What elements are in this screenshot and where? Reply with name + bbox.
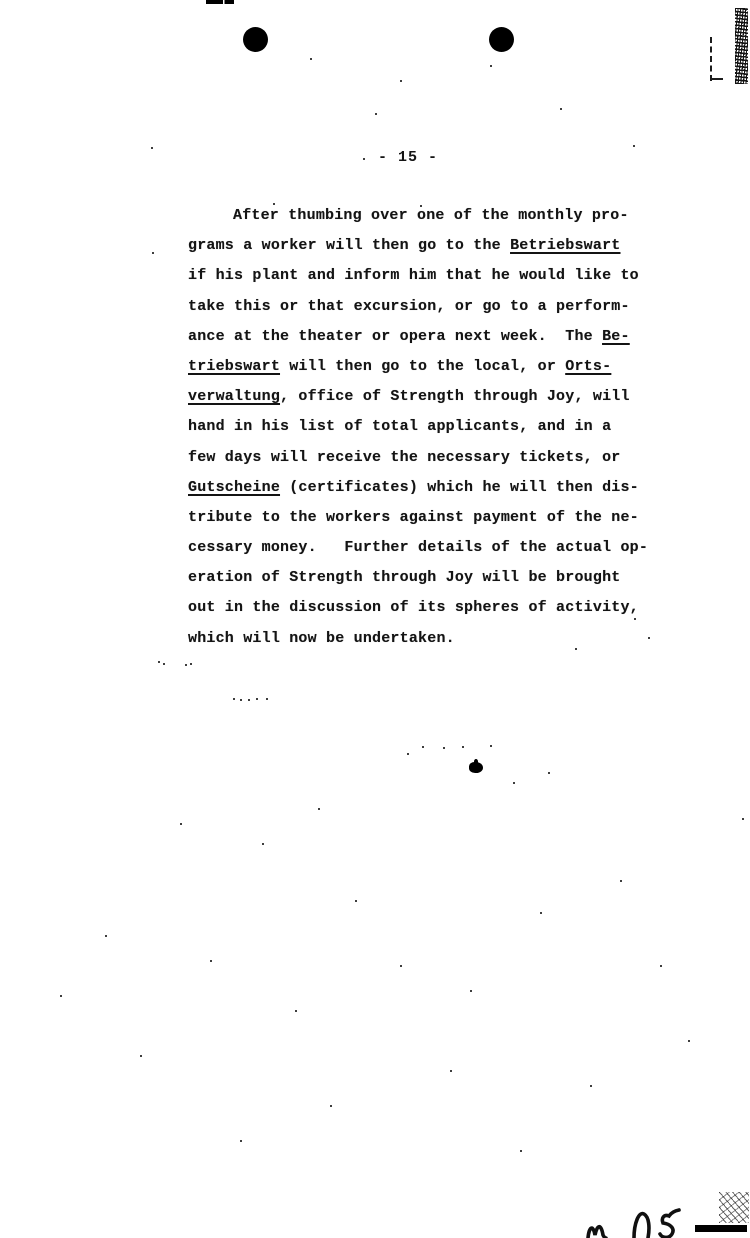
ink-blot: [469, 762, 483, 773]
handwritten-annotation: [582, 1196, 692, 1238]
underlined-term: verwaltung: [188, 388, 280, 405]
scanned-document-page: - 15 - After thumbing over one of the mo…: [0, 0, 750, 1238]
ink-speck: [248, 699, 250, 701]
scribble-mark: [735, 8, 748, 84]
ink-speck: [152, 252, 154, 254]
page-number: - 15 -: [378, 149, 438, 166]
typed-line: if his plant and inform him that he woul…: [188, 267, 648, 297]
ink-speck: [140, 1055, 142, 1057]
ink-speck: [318, 808, 320, 810]
ink-speck: [151, 147, 153, 149]
typed-text: few days will receive the necessary tick…: [188, 449, 620, 466]
ink-speck: [240, 699, 242, 701]
typed-text: take this or that excursion, or go to a …: [188, 298, 630, 315]
ink-speck: [295, 1010, 297, 1012]
typed-line: take this or that excursion, or go to a …: [188, 298, 648, 328]
ink-speck: [240, 1140, 242, 1142]
ink-speck: [105, 935, 107, 937]
ink-speck: [420, 205, 422, 207]
ink-speck: [375, 113, 377, 115]
typed-text: if his plant and inform him that he woul…: [188, 267, 639, 284]
ink-speck: [548, 772, 550, 774]
hole-punch-mark-right: [489, 27, 514, 52]
underlined-term: triebswart: [188, 358, 280, 375]
ink-speck: [462, 746, 464, 748]
stamp-speckle: [719, 1192, 749, 1223]
typed-text: grams a worker will then go to the: [188, 237, 510, 254]
ink-speck: [470, 990, 472, 992]
underlined-term: Orts-: [565, 358, 611, 375]
dashed-line-foot: [710, 78, 723, 80]
ink-speck: [513, 782, 515, 784]
typed-line: eration of Strength through Joy will be …: [188, 569, 648, 599]
ink-speck: [540, 912, 542, 914]
typed-text: (certificates) which he will then dis-: [280, 479, 639, 496]
ink-speck: [450, 1070, 452, 1072]
ink-speck: [688, 1040, 690, 1042]
typed-line: After thumbing over one of the monthly p…: [188, 207, 648, 237]
typed-line: ance at the theater or opera next week. …: [188, 328, 648, 358]
typed-line: grams a worker will then go to the Betri…: [188, 237, 648, 267]
ink-speck: [210, 960, 212, 962]
ink-speck: [634, 618, 636, 620]
typed-line: Gutscheine (certificates) which he will …: [188, 479, 648, 509]
typed-paragraph: After thumbing over one of the monthly p…: [188, 207, 648, 660]
underlined-term: Betriebswart: [510, 237, 620, 254]
ink-speck: [185, 664, 187, 666]
ink-speck: [355, 900, 357, 902]
underlined-term: Be-: [602, 328, 630, 345]
typed-text: After thumbing over one of the monthly p…: [233, 207, 629, 224]
ink-speck: [742, 818, 744, 820]
typed-text: eration of Strength through Joy will be …: [188, 569, 620, 586]
ink-speck: [660, 965, 662, 967]
ink-speck: [363, 158, 365, 160]
ink-speck: [490, 65, 492, 67]
stamp-fragment-top-right: [698, 4, 750, 96]
ink-speck: [262, 843, 264, 845]
ink-speck: [273, 203, 275, 205]
typed-line: few days will receive the necessary tick…: [188, 449, 648, 479]
ink-speck: [330, 1105, 332, 1107]
ink-speck: [256, 698, 258, 700]
ink-speck: [422, 746, 424, 748]
ink-speck: [310, 58, 312, 60]
ink-speck: [400, 80, 402, 82]
typed-text: , office of Strength through Joy, will: [280, 388, 630, 405]
ink-speck: [633, 145, 635, 147]
ink-speck: [620, 880, 622, 882]
typed-text: hand in his list of total applicants, an…: [188, 418, 611, 435]
typed-text: cessary money. Further details of the ac…: [188, 539, 648, 556]
ink-speck: [60, 995, 62, 997]
ink-speck: [590, 1085, 592, 1087]
ink-speck: [407, 753, 409, 755]
ink-speck: [190, 663, 192, 665]
typed-line: which will now be undertaken.: [188, 630, 648, 660]
ink-speck: [158, 661, 160, 663]
ink-speck: [560, 108, 562, 110]
typed-line: tribute to the workers against payment o…: [188, 509, 648, 539]
typed-text: which will now be undertaken.: [188, 630, 455, 647]
typed-text: ance at the theater or opera next week. …: [188, 328, 602, 345]
ink-speck: [575, 648, 577, 650]
ink-speck: [163, 663, 165, 665]
stamp-bottom-bar: [695, 1225, 747, 1232]
scan-edge-artifact: [206, 0, 234, 4]
ink-speck: [233, 698, 235, 700]
typed-text: will then go to the local, or: [280, 358, 565, 375]
typed-line: out in the discussion of its spheres of …: [188, 599, 648, 629]
ink-speck: [400, 965, 402, 967]
typed-line: cessary money. Further details of the ac…: [188, 539, 648, 569]
typed-text: out in the discussion of its spheres of …: [188, 599, 639, 616]
typed-line: triebswart will then go to the local, or…: [188, 358, 648, 388]
dashed-line-mark: [710, 37, 712, 81]
ink-speck: [520, 1150, 522, 1152]
ink-speck: [443, 747, 445, 749]
typed-text: tribute to the workers against payment o…: [188, 509, 639, 526]
ink-speck: [490, 745, 492, 747]
ink-speck: [648, 637, 650, 639]
underlined-term: Gutscheine: [188, 479, 280, 496]
typed-line: hand in his list of total applicants, an…: [188, 418, 648, 448]
ink-speck: [266, 698, 268, 700]
hole-punch-mark-left: [243, 27, 268, 52]
typed-line: verwaltung, office of Strength through J…: [188, 388, 648, 418]
ink-speck: [180, 823, 182, 825]
